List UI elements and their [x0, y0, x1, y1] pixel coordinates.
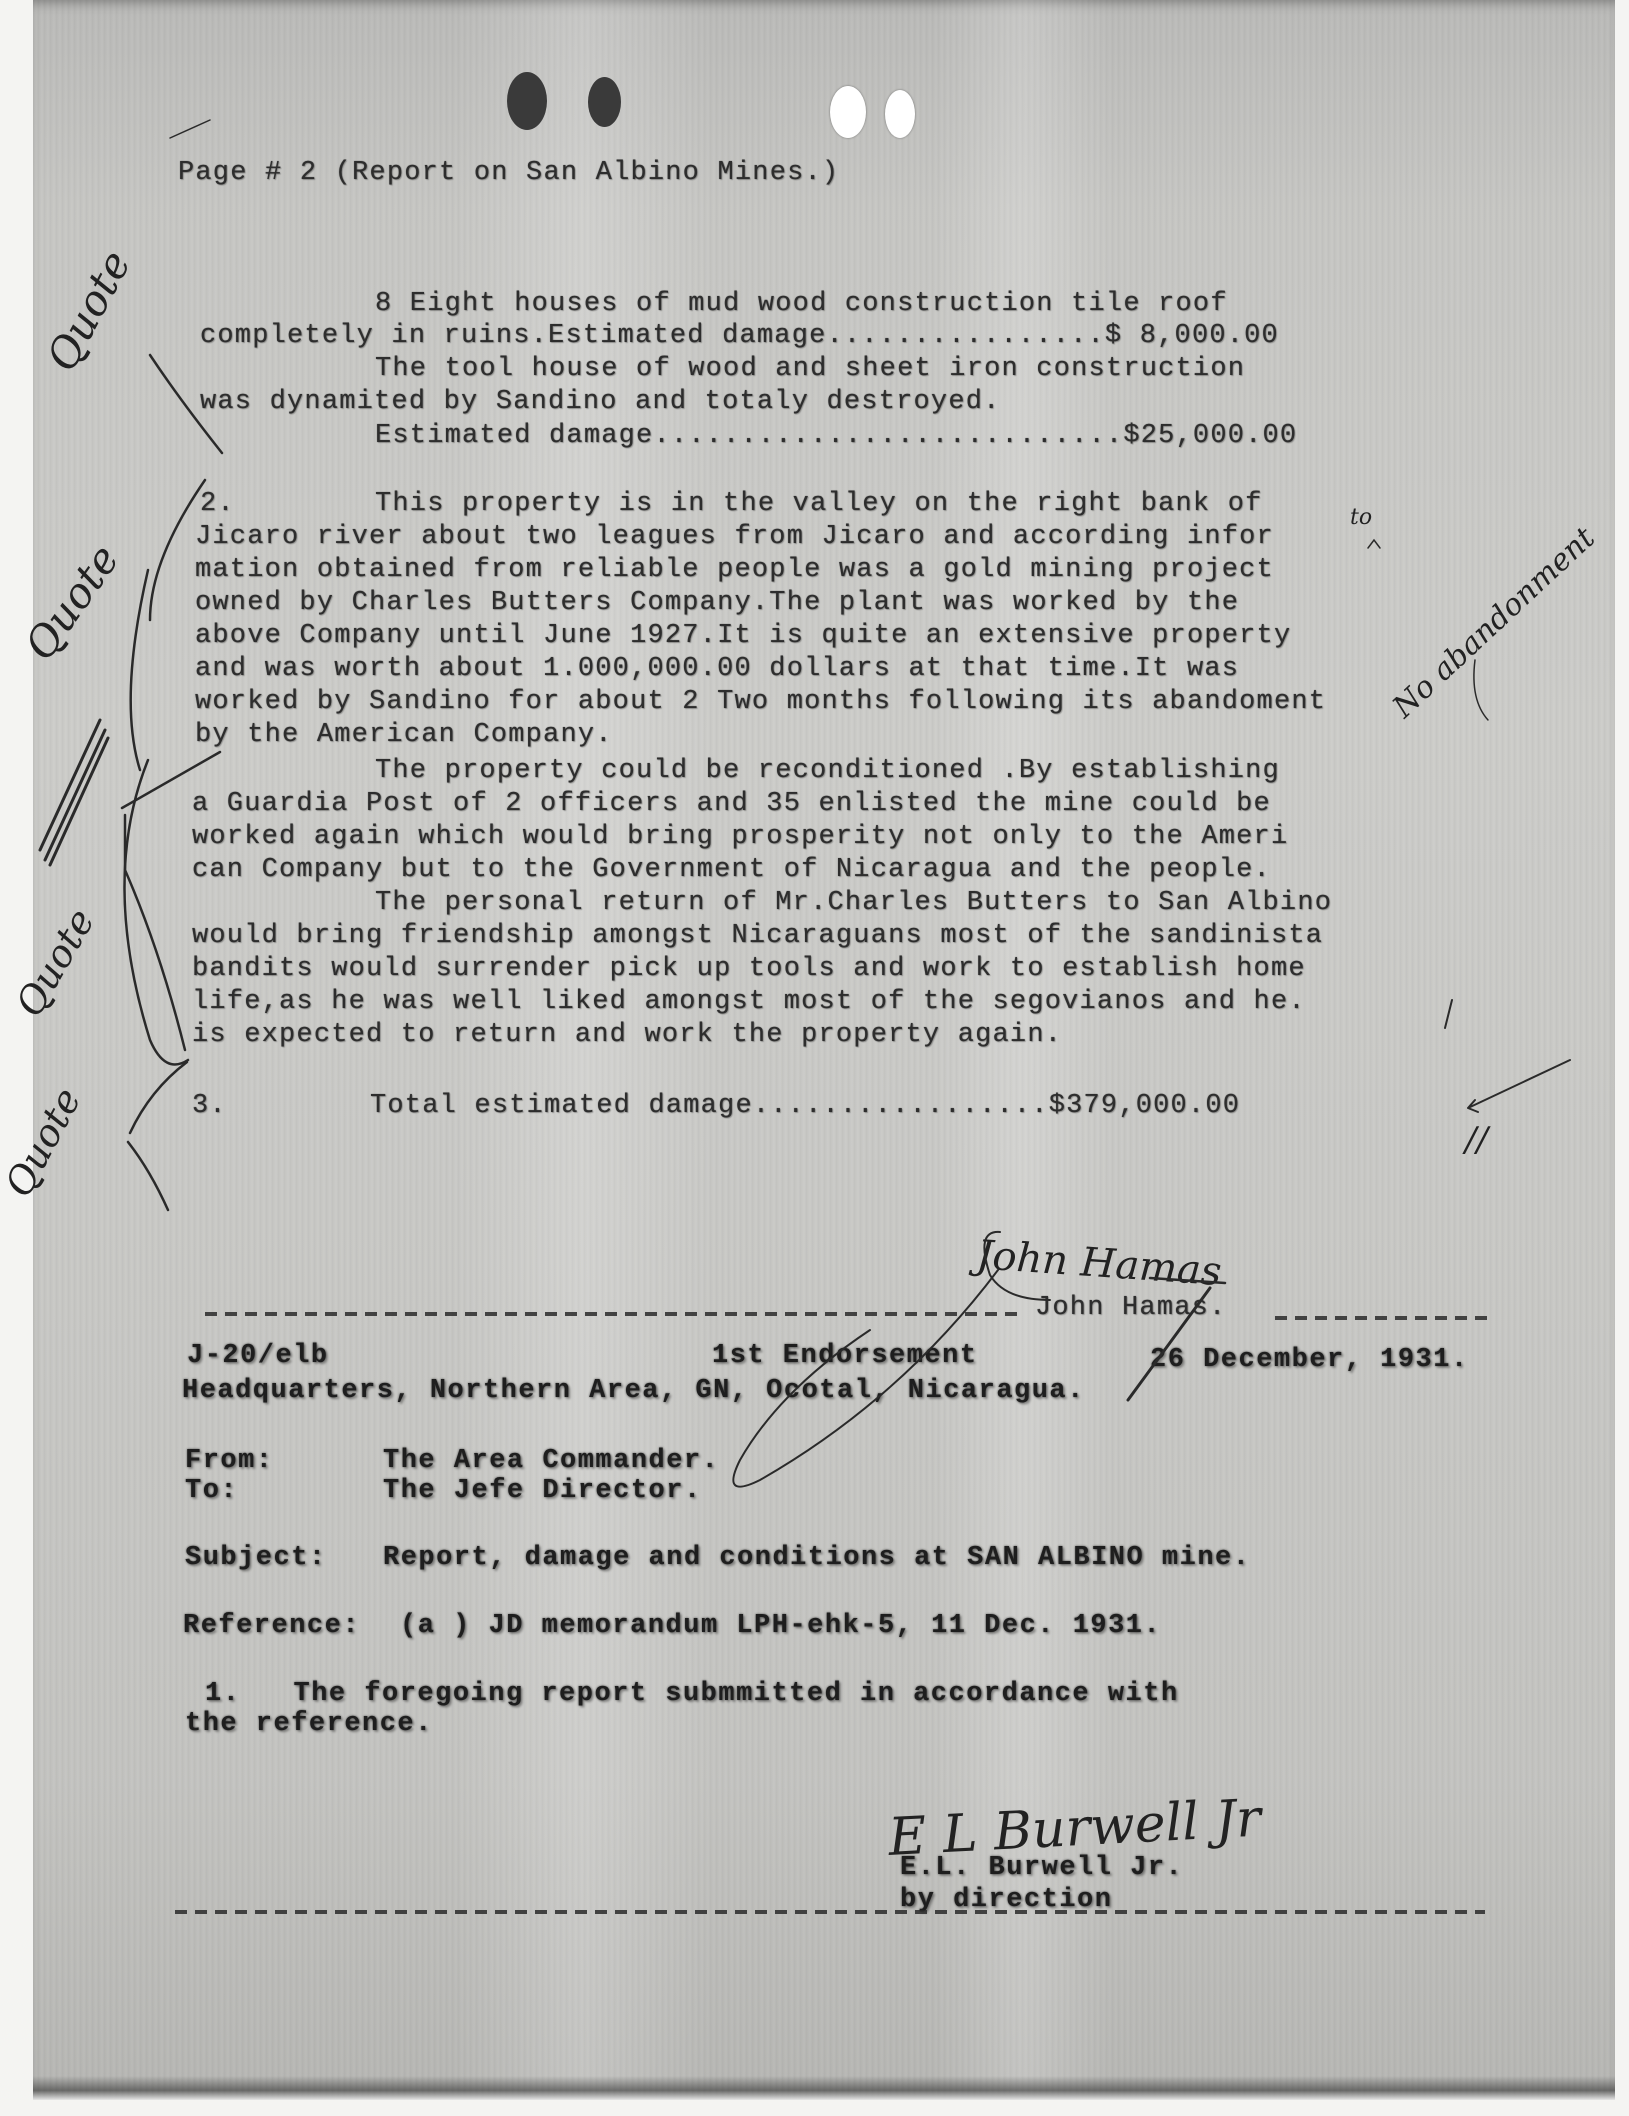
section1-line: Estimated damage........................…: [375, 420, 1297, 453]
section2-line: worked again which would bring prosperit…: [192, 821, 1288, 854]
section2-number: 2.: [200, 488, 235, 521]
total-damage-line: Total estimated damage.................$…: [370, 1090, 1240, 1123]
section2-line: above Company until June 1927.It is quit…: [195, 620, 1291, 653]
headquarters-line: Headquarters, Northern Area, GN, Ocotal,…: [182, 1375, 1085, 1408]
section2-line: would bring friendship amongst Nicaragua…: [192, 920, 1323, 953]
endorsement-date: 26 December, 1931.: [1150, 1344, 1469, 1377]
to-label: To:: [185, 1475, 238, 1508]
section2-line: bandits would surrender pick up tools an…: [192, 953, 1306, 986]
endorsement-title: 1st Endorsement: [712, 1340, 978, 1373]
end-mark: //: [1465, 1120, 1488, 1160]
punch-hole-white: [885, 90, 915, 138]
section2-line: is expected to return and work the prope…: [192, 1019, 1062, 1052]
endorsement-paragraph: the reference.: [185, 1708, 433, 1741]
section2-line: The personal return of Mr.Charles Butter…: [375, 887, 1332, 920]
signature-dash-line: [1275, 1316, 1490, 1320]
page-header: Page # 2 (Report on San Albino Mines.): [178, 157, 839, 190]
punch-hole-white: [830, 86, 866, 138]
endorsement-paragraph: 1. The foregoing report submmitted in ac…: [205, 1678, 1179, 1711]
section3-number: 3.: [192, 1090, 227, 1123]
bottom-dash-line: [175, 1910, 1485, 1914]
section1-line: The tool house of wood and sheet iron co…: [375, 353, 1245, 386]
section2-line: owned by Charles Butters Company.The pla…: [195, 587, 1239, 620]
section2-line: Jicaro river about two leagues from Jica…: [195, 521, 1274, 554]
section2-line: can Company but to the Government of Nic…: [192, 854, 1271, 887]
to-value: The Jefe Director.: [383, 1475, 702, 1508]
reference-label: Reference:: [183, 1610, 360, 1643]
section2-line: life,as he was well liked amongst most o…: [192, 986, 1306, 1019]
punch-hole-dark: [507, 72, 547, 130]
section2-line: by the American Company.: [195, 719, 613, 752]
section1-line: completely in ruins.Estimated damage....…: [200, 320, 1279, 353]
insert-word-to: to: [1350, 505, 1372, 530]
subject-label: Subject:: [185, 1542, 327, 1575]
section2-line: a Guardia Post of 2 officers and 35 enli…: [192, 788, 1271, 821]
signature-dash-line: [205, 1312, 1025, 1316]
section1-line: 8 Eight houses of mud wood construction …: [375, 288, 1228, 321]
file-reference: J-20/elb: [187, 1340, 329, 1373]
section2-line: The property could be reconditioned .By …: [375, 755, 1280, 788]
section2-line: and was worth about 1.000,000.00 dollars…: [195, 653, 1239, 686]
subject-value: Report, damage and conditions at SAN ALB…: [383, 1542, 1250, 1575]
punch-hole-dark: [588, 77, 621, 127]
section2-line: mation obtained from reliable people was…: [195, 554, 1274, 587]
reference-value: (a ) JD memorandum LPH-ehk-5, 11 Dec. 19…: [400, 1610, 1161, 1643]
section2-line: worked by Sandino for about 2 Two months…: [195, 686, 1326, 719]
section2-line: This property is in the valley on the ri…: [375, 488, 1263, 521]
typed-name-john-hamas: John Hamas.: [1035, 1292, 1226, 1325]
typed-name-burwell: E.L. Burwell Jr.: [900, 1852, 1183, 1885]
from-value: The Area Commander.: [383, 1445, 719, 1478]
section1-line: was dynamited by Sandino and totaly dest…: [200, 386, 1001, 419]
from-label: From:: [185, 1445, 274, 1478]
